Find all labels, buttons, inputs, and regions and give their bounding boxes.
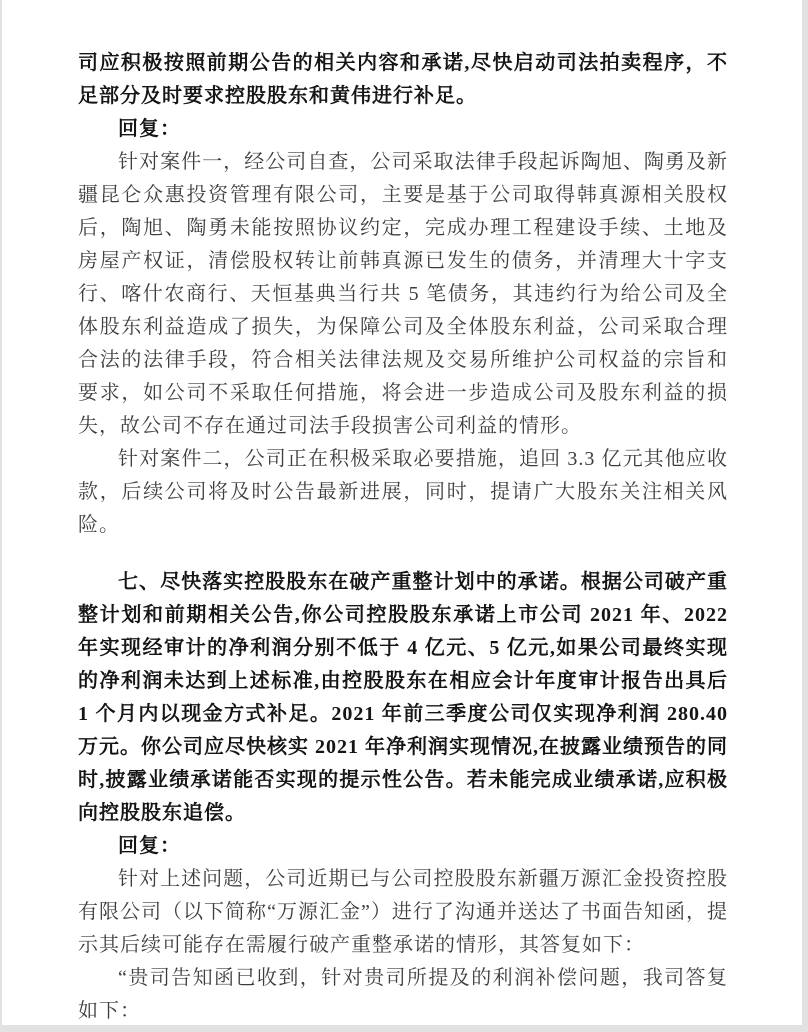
document-paragraph: 回复：: [78, 830, 728, 863]
document-paragraph: “贵司告知函已收到，针对贵司所提及的利润补偿问题，我司答复如下：: [78, 962, 728, 1028]
document-page: 司应积极按照前期公告的相关内容和承诺,尽快启动司法拍卖程序，不足部分及时要求控股…: [2, 0, 802, 1025]
document-body: 司应积极按照前期公告的相关内容和承诺,尽快启动司法拍卖程序，不足部分及时要求控股…: [2, 0, 802, 1025]
document-paragraph: 针对案件一，经公司自查，公司采取法律手段起诉陶旭、陶勇及新疆昆仑众惠投资管理有限…: [78, 146, 728, 443]
document-paragraph: 七、尽快落实控股股东在破产重整计划中的承诺。根据公司破产重整计划和前期相关公告,…: [78, 566, 728, 830]
document-paragraph: 针对上述问题，公司近期已与公司控股股东新疆万源汇金投资控股有限公司（以下简称“万…: [78, 863, 728, 962]
document-paragraph: 回复：: [78, 113, 728, 146]
document-paragraph: 针对案件二，公司正在积极采取必要措施，追回 3.3 亿元其他应收款，后续公司将及…: [78, 443, 728, 542]
document-paragraph: 司应积极按照前期公告的相关内容和承诺,尽快启动司法拍卖程序，不足部分及时要求控股…: [78, 47, 728, 113]
pdf-viewer-background: 司应积极按照前期公告的相关内容和承诺,尽快启动司法拍卖程序，不足部分及时要求控股…: [0, 0, 808, 1032]
